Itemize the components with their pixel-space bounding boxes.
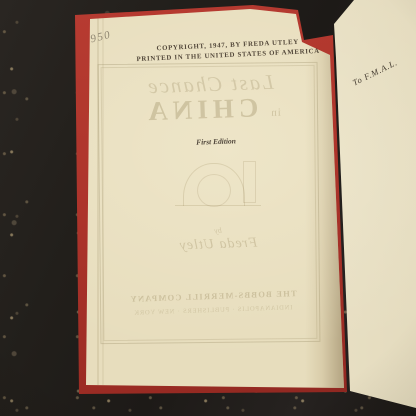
showthrough-illustration-tower <box>243 161 256 203</box>
book-photo: 950 COPYRIGHT, 1947, BY FREDA UTLEY PRIN… <box>0 0 416 416</box>
showthrough-title-main: in CHINA <box>124 91 301 128</box>
showthrough-title-china: CHINA <box>143 92 259 126</box>
showthrough-title-in: in <box>270 107 281 119</box>
showthrough-illustration-baseline <box>175 203 261 206</box>
